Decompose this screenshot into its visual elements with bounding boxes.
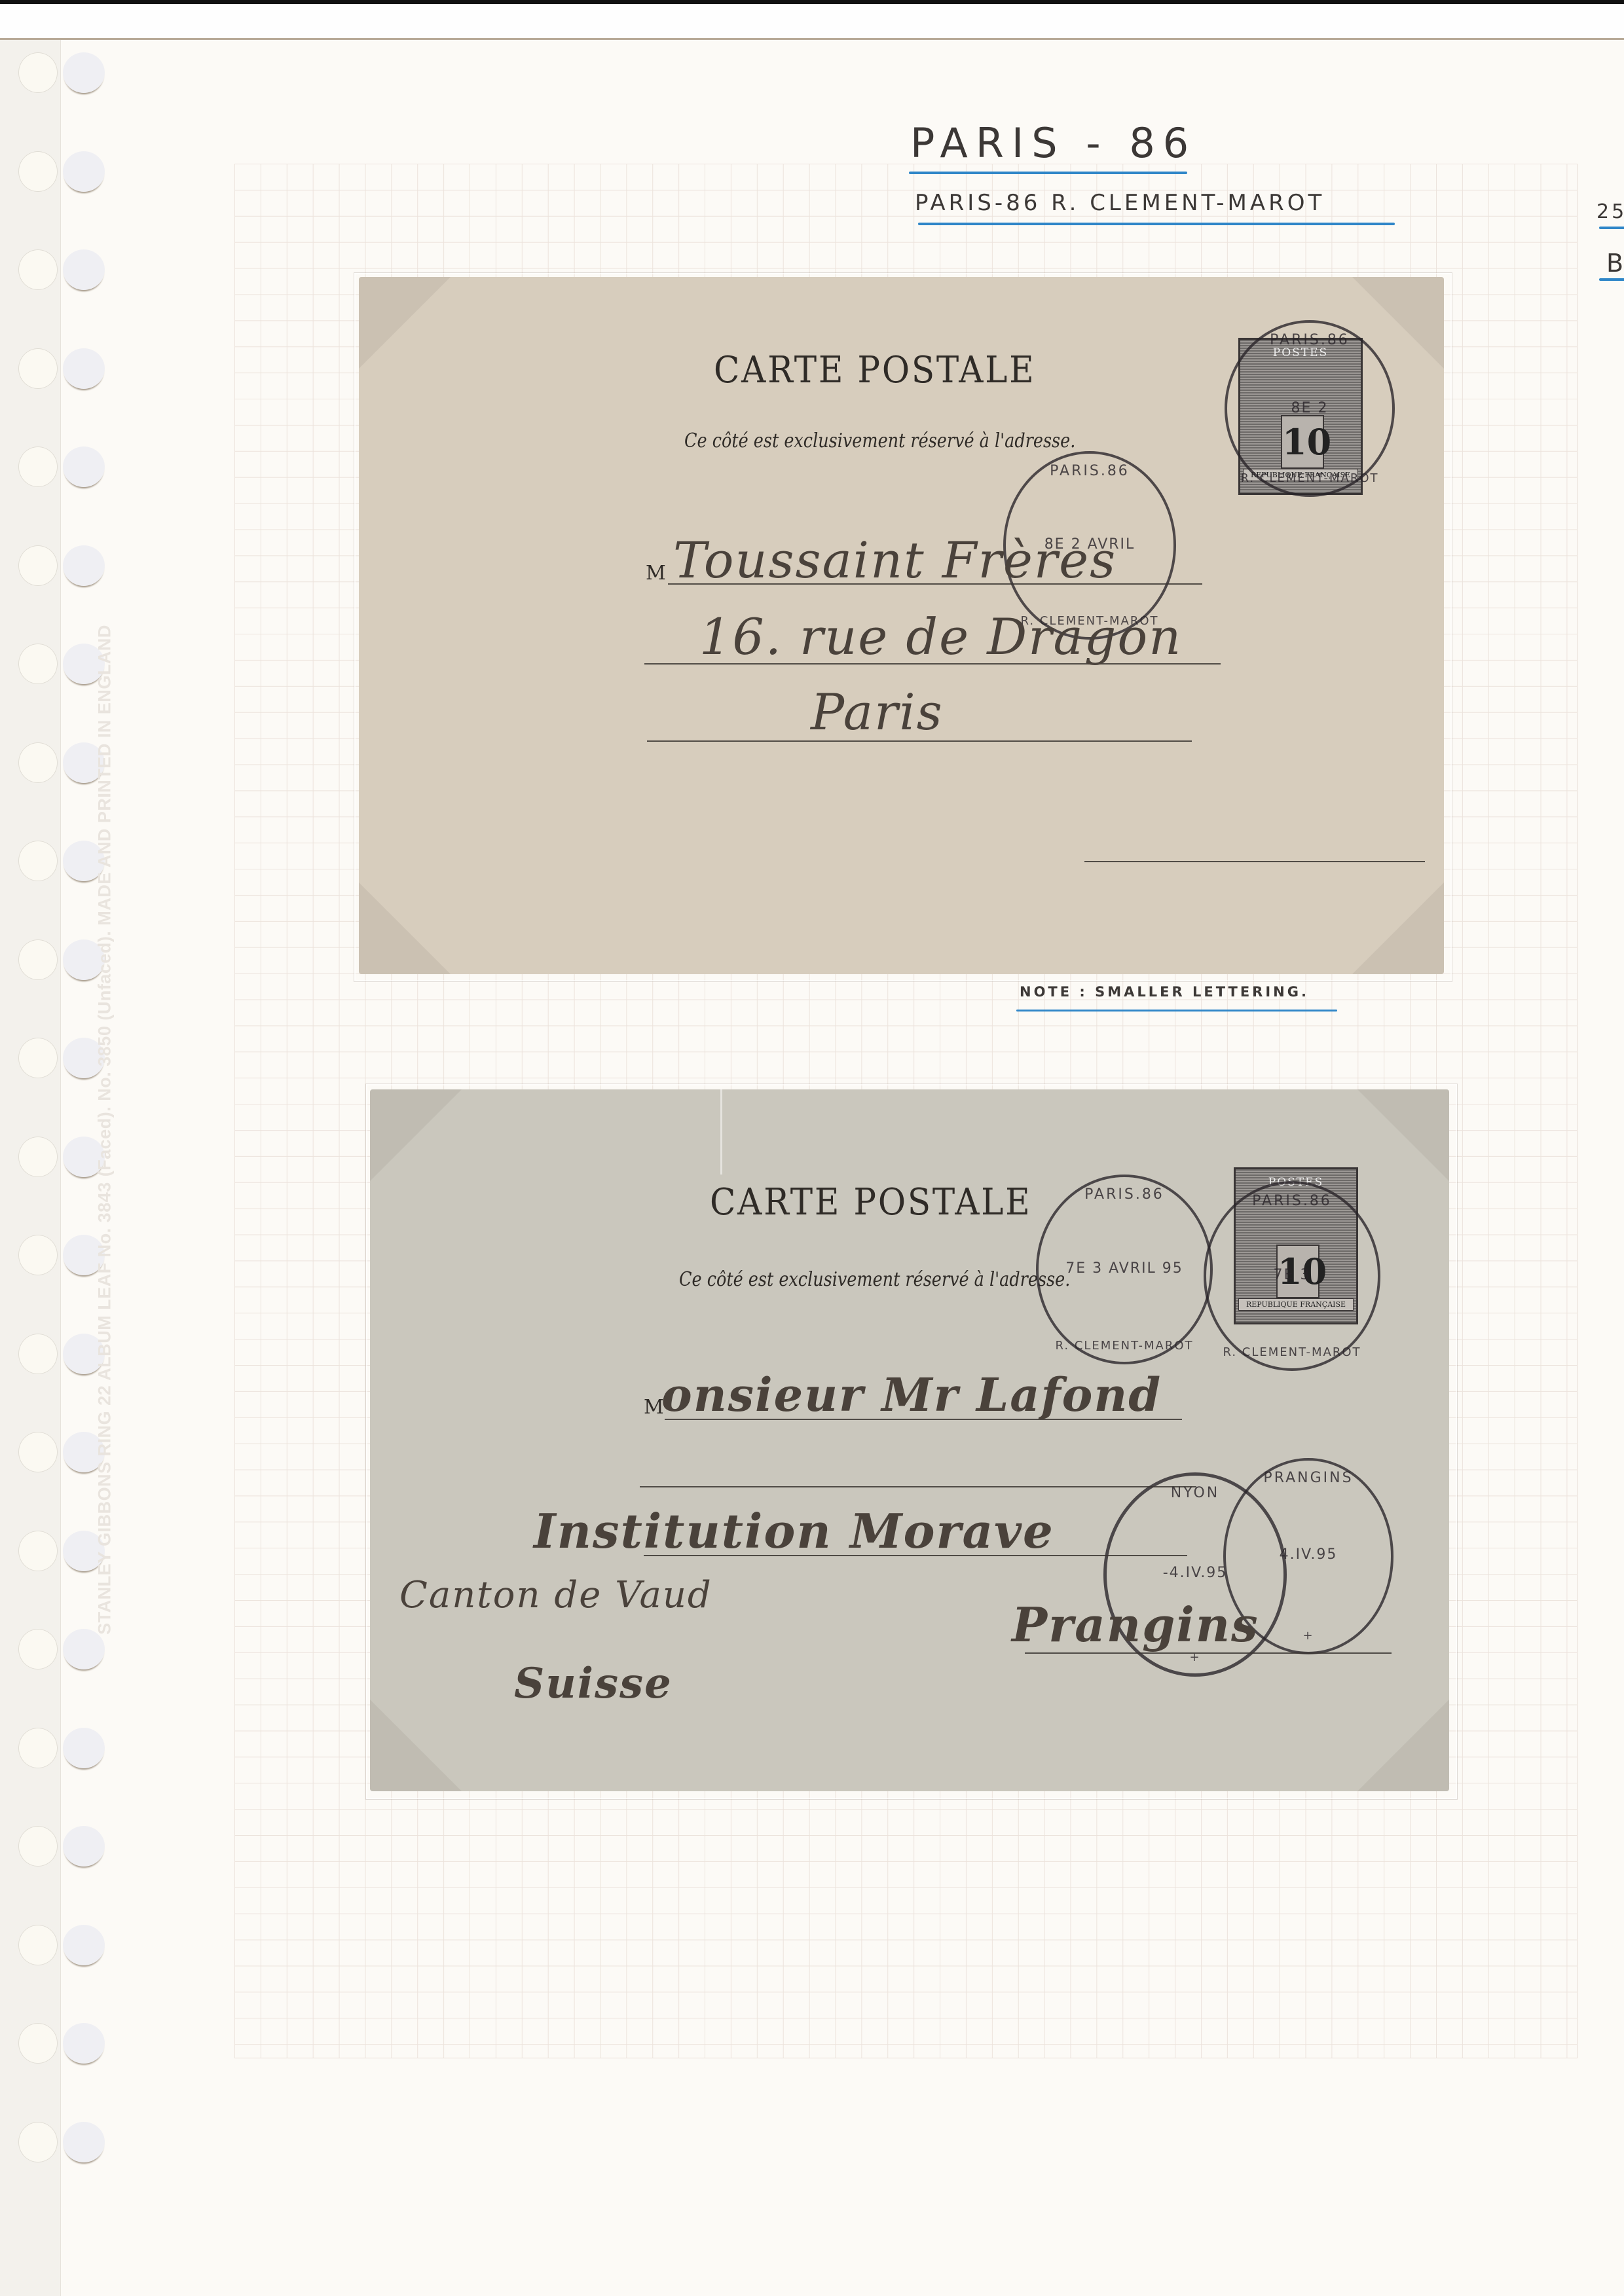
side-note-underline-2: [1599, 278, 1624, 281]
postmark-date: 7E 3: [1206, 1267, 1378, 1283]
note-underline: [1016, 1010, 1337, 1011]
postmark-on-stamp: PARIS.86 7E 3 R. CLEMENT-MAROT: [1204, 1181, 1380, 1371]
m-label: M: [646, 562, 666, 585]
title-underline: [909, 172, 1187, 174]
photo-corner: [359, 277, 451, 369]
postmark-on-stamp: PARIS.86 8E 2 R. CLEMENT-MAROT: [1225, 320, 1395, 497]
ring-hole-emboss: [63, 1728, 105, 1768]
ring-hole: [18, 841, 58, 881]
side-note-top: 25: [1596, 200, 1624, 223]
ring-hole-emboss: [63, 2122, 105, 2162]
ring-hole: [18, 1235, 58, 1275]
ring-hole: [18, 1334, 58, 1374]
ring-hole: [18, 1038, 58, 1078]
address-line-1: Toussaint Frères: [673, 531, 1116, 589]
ring-hole: [18, 446, 58, 487]
address-line-5: Suisse: [514, 1659, 673, 1708]
scanner-margin: [0, 4, 1624, 40]
ring-hole-emboss: [63, 249, 105, 290]
ring-hole: [18, 1826, 58, 1867]
photo-corner: [1357, 1700, 1449, 1791]
postcard-2: CARTE POSTALE Ce côté est exclusivement …: [370, 1089, 1449, 1791]
address-line-3: Prangins: [1012, 1597, 1259, 1652]
photo-corner: [359, 883, 451, 974]
ring-hole-emboss: [63, 2023, 105, 2064]
side-note-bottom: B: [1606, 249, 1624, 278]
ring-hole-emboss: [63, 348, 105, 389]
ring-hole: [18, 545, 58, 586]
address-line-2: Institution Morave: [534, 1503, 1054, 1559]
ring-hole: [18, 151, 58, 192]
ring-hole: [18, 939, 58, 980]
ring-hole-emboss: [63, 1826, 105, 1867]
postmark-top: PRANGINS: [1226, 1470, 1391, 1486]
address-line-1: onsieur Mr Lafond: [661, 1368, 1162, 1422]
postmark-bottom: R. CLEMENT-MAROT: [1227, 471, 1392, 485]
postmark-date: 4.IV.95: [1226, 1546, 1391, 1563]
ring-hole: [18, 1629, 58, 1669]
page-title: PARIS - 86: [910, 119, 1196, 167]
postmark-date: 8E 2: [1227, 400, 1392, 416]
postmark-date: 7E 3 AVRIL 95: [1039, 1260, 1210, 1277]
ring-hole: [18, 1925, 58, 1965]
ring-hole: [18, 249, 58, 290]
ring-hole-emboss: [63, 1925, 105, 1965]
ring-hole-emboss: [63, 545, 105, 586]
address-line-3: Paris: [811, 683, 944, 741]
ring-hole-emboss: [63, 446, 105, 487]
note-smaller-lettering: NOTE : SMALLER LETTERING.: [1020, 984, 1309, 1000]
photo-corner: [370, 1700, 462, 1791]
album-imprint: STANLEY GIBBONS RING 22 ALBUM LEAF No. 3…: [95, 606, 115, 1654]
card-crease: [720, 1089, 722, 1175]
card-heading: CARTE POSTALE: [714, 349, 1036, 392]
ring-hole: [18, 1728, 58, 1768]
card-heading: CARTE POSTALE: [710, 1181, 1032, 1224]
address-line-4: Canton de Vaud: [399, 1574, 712, 1616]
ring-hole-emboss: [63, 151, 105, 192]
postmark-top: PARIS.86: [1006, 463, 1173, 479]
ring-hole: [18, 1432, 58, 1472]
address-line: [640, 1486, 1196, 1487]
address-line-2: 16. rue de Dragon: [699, 608, 1182, 666]
subtitle-underline: [918, 223, 1395, 225]
address-line: [1084, 861, 1425, 862]
card-reserve-text: Ce côté est exclusivement réservé à l'ad…: [684, 429, 1075, 452]
photo-corner: [370, 1089, 462, 1181]
photo-corner: [1352, 883, 1444, 974]
ring-hole: [18, 1137, 58, 1177]
ring-hole: [18, 1531, 58, 1571]
postmark-top: PARIS.86: [1227, 332, 1392, 348]
ring-hole: [18, 52, 58, 93]
postmark-paris-86: PARIS.86 7E 3 AVRIL 95 R. CLEMENT-MAROT: [1036, 1175, 1213, 1364]
postmark-top: PARIS.86: [1206, 1193, 1378, 1209]
postmark-bottom: R. CLEMENT-MAROT: [1039, 1339, 1210, 1353]
postcard-1: CARTE POSTALE Ce côté est exclusivement …: [359, 277, 1444, 974]
postmark-top: PARIS.86: [1039, 1186, 1210, 1203]
ring-hole: [18, 2122, 58, 2162]
ring-hole-emboss: [63, 52, 105, 93]
side-note-underline: [1599, 227, 1624, 229]
card-reserve-text: Ce côté est exclusivement réservé à l'ad…: [679, 1268, 1070, 1291]
ring-hole: [18, 348, 58, 389]
ring-hole: [18, 742, 58, 783]
ring-hole: [18, 2023, 58, 2064]
postmark-bottom: R. CLEMENT-MAROT: [1206, 1345, 1378, 1359]
address-line: [1025, 1652, 1392, 1654]
photo-corner: [1357, 1089, 1449, 1181]
page-subtitle: PARIS-86 R. CLEMENT-MAROT: [915, 190, 1325, 216]
ring-hole: [18, 644, 58, 684]
